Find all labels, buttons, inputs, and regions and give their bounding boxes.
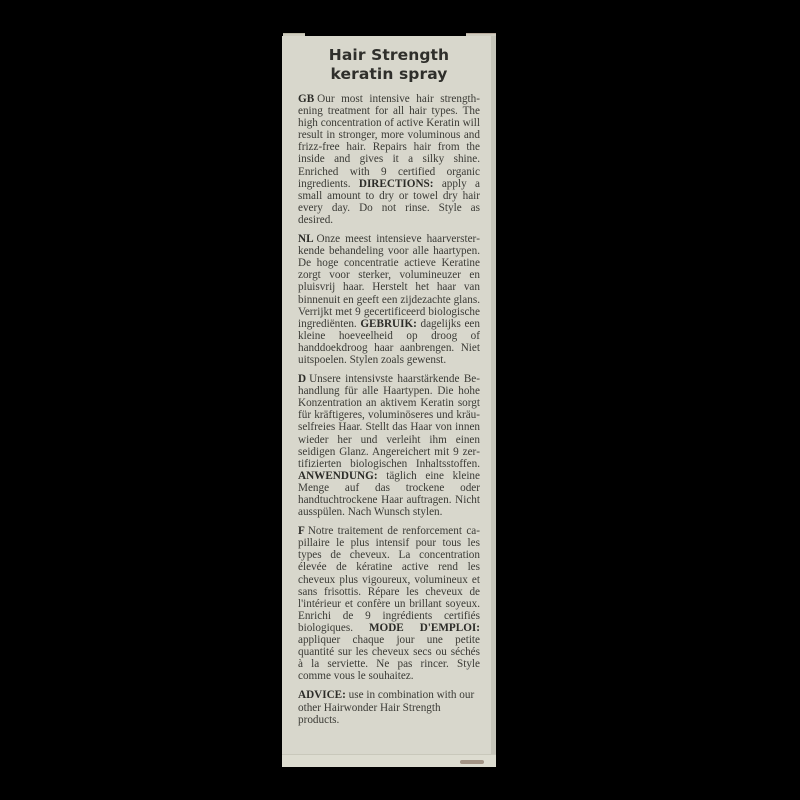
product-title: Hair Strength keratin spray [298, 46, 480, 84]
product-box: Hair Strength keratin spray GBOur most i… [282, 36, 496, 767]
section-french: FNotre traitement de renforcement ca­pil… [298, 525, 480, 682]
advice-label: ADVICE: [298, 689, 346, 701]
directions-label-nl: GEBRUIK: [360, 318, 417, 330]
section-german: DUnsere intensivste haarstärkende Be­han… [298, 373, 480, 518]
directions-label-gb: DIRECTIONS: [359, 178, 434, 190]
box-side-edge [491, 36, 496, 767]
lang-code-de: D [298, 373, 306, 385]
section-advice: ADVICE: use in combination with our othe… [298, 689, 480, 725]
description-gb: Our most intensive hair strength­ening t… [298, 93, 480, 190]
lang-code-nl: NL [298, 233, 314, 245]
description-fr: Notre traitement de renforcement ca­pill… [298, 525, 480, 634]
box-bottom-edge [282, 754, 496, 767]
section-dutch: NLOnze meest intensieve haarverster­kend… [298, 233, 480, 366]
photo-stage: Hair Strength keratin spray GBOur most i… [0, 0, 800, 800]
box-bottom-mark [460, 760, 484, 764]
description-de: Unsere intensivste haarstärkende Be­hand… [298, 373, 480, 470]
lang-code-gb: GB [298, 93, 314, 105]
section-english: GBOur most intensive hair strength­ening… [298, 93, 480, 226]
box-label: Hair Strength keratin spray GBOur most i… [298, 36, 480, 726]
directions-label-de: ANWENDUNG: [298, 470, 378, 482]
directions-label-fr: MODE D'EMPLOI: [369, 622, 480, 634]
directions-text-fr: appliquer chaque jour une petite quantit… [298, 634, 480, 682]
lang-code-fr: F [298, 525, 305, 537]
description-nl: Onze meest intensieve haarverster­kende … [298, 233, 480, 330]
